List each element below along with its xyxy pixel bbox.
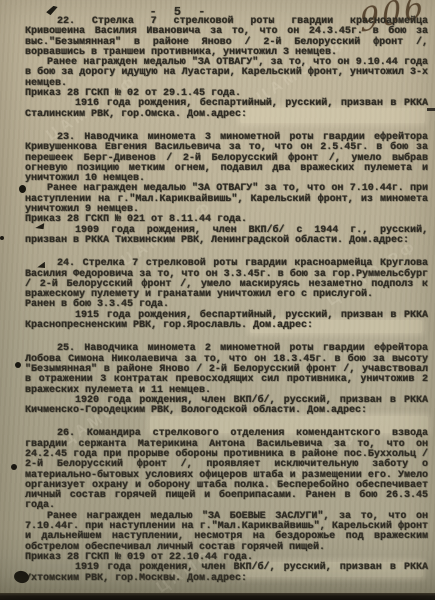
- citation-entry-25: 25. Наводчика миномета 2 минометной роты…: [25, 344, 428, 416]
- biographical-info: 1909 года рождения, член ВКП/б/ с 1944 г…: [25, 226, 428, 247]
- citation-text: 24. Стрелка 7 стрелковой роты гвардии кр…: [25, 259, 428, 300]
- citation-text: 25. Наводчика миномета 2 минометной роты…: [25, 344, 428, 395]
- ink-speck: [11, 464, 17, 470]
- document-body: 22. Стрелка 7 стрелковой роты гвардии кр…: [25, 0, 428, 597]
- scan-artifact: [427, 108, 435, 111]
- previous-award-text: Ранее награжден медалью "ЗА ОТВАГУ" за т…: [25, 184, 428, 215]
- citation-text: 26. Командира стрелкового отделения коме…: [25, 429, 428, 511]
- biographical-info: 1916 года рождения, беспартийный, русски…: [25, 99, 428, 120]
- scan-edge: [0, 593, 435, 600]
- citation-entry-22: 22. Стрелка 7 стрелковой роты гвардии кр…: [25, 17, 428, 120]
- biographical-info: 1915 года рождения, беспартийный, русски…: [25, 311, 428, 332]
- previous-award-text: Ранее награжден медалью "ЗА БОЕВЫЕ ЗАСЛУ…: [25, 512, 428, 553]
- citation-entry-23: 23. Наводчика миномета 3 минометной роты…: [25, 133, 428, 246]
- biographical-info: 1919 года рождения, член ВКП/б/, русский…: [25, 563, 428, 584]
- ink-speck: [19, 185, 26, 193]
- ink-speck: [0, 236, 4, 240]
- previous-award-text: Ранее награжден медалью "ЗА ОТВАГУ", за …: [25, 58, 428, 89]
- biographical-info: 1920 года рождения, член ВКП/б/, русский…: [25, 396, 428, 417]
- citation-text: 22. Стрелка 7 стрелковой роты гвардии кр…: [25, 17, 428, 58]
- ink-speck: [15, 362, 21, 368]
- citation-entry-26: 26. Командира стрелкового отделения коме…: [25, 429, 428, 583]
- citation-text: 23. Наводчика миномета 3 минометной роты…: [25, 133, 428, 184]
- citation-entry-24: 24. Стрелка 7 стрелковой роты гвардии кр…: [25, 259, 428, 331]
